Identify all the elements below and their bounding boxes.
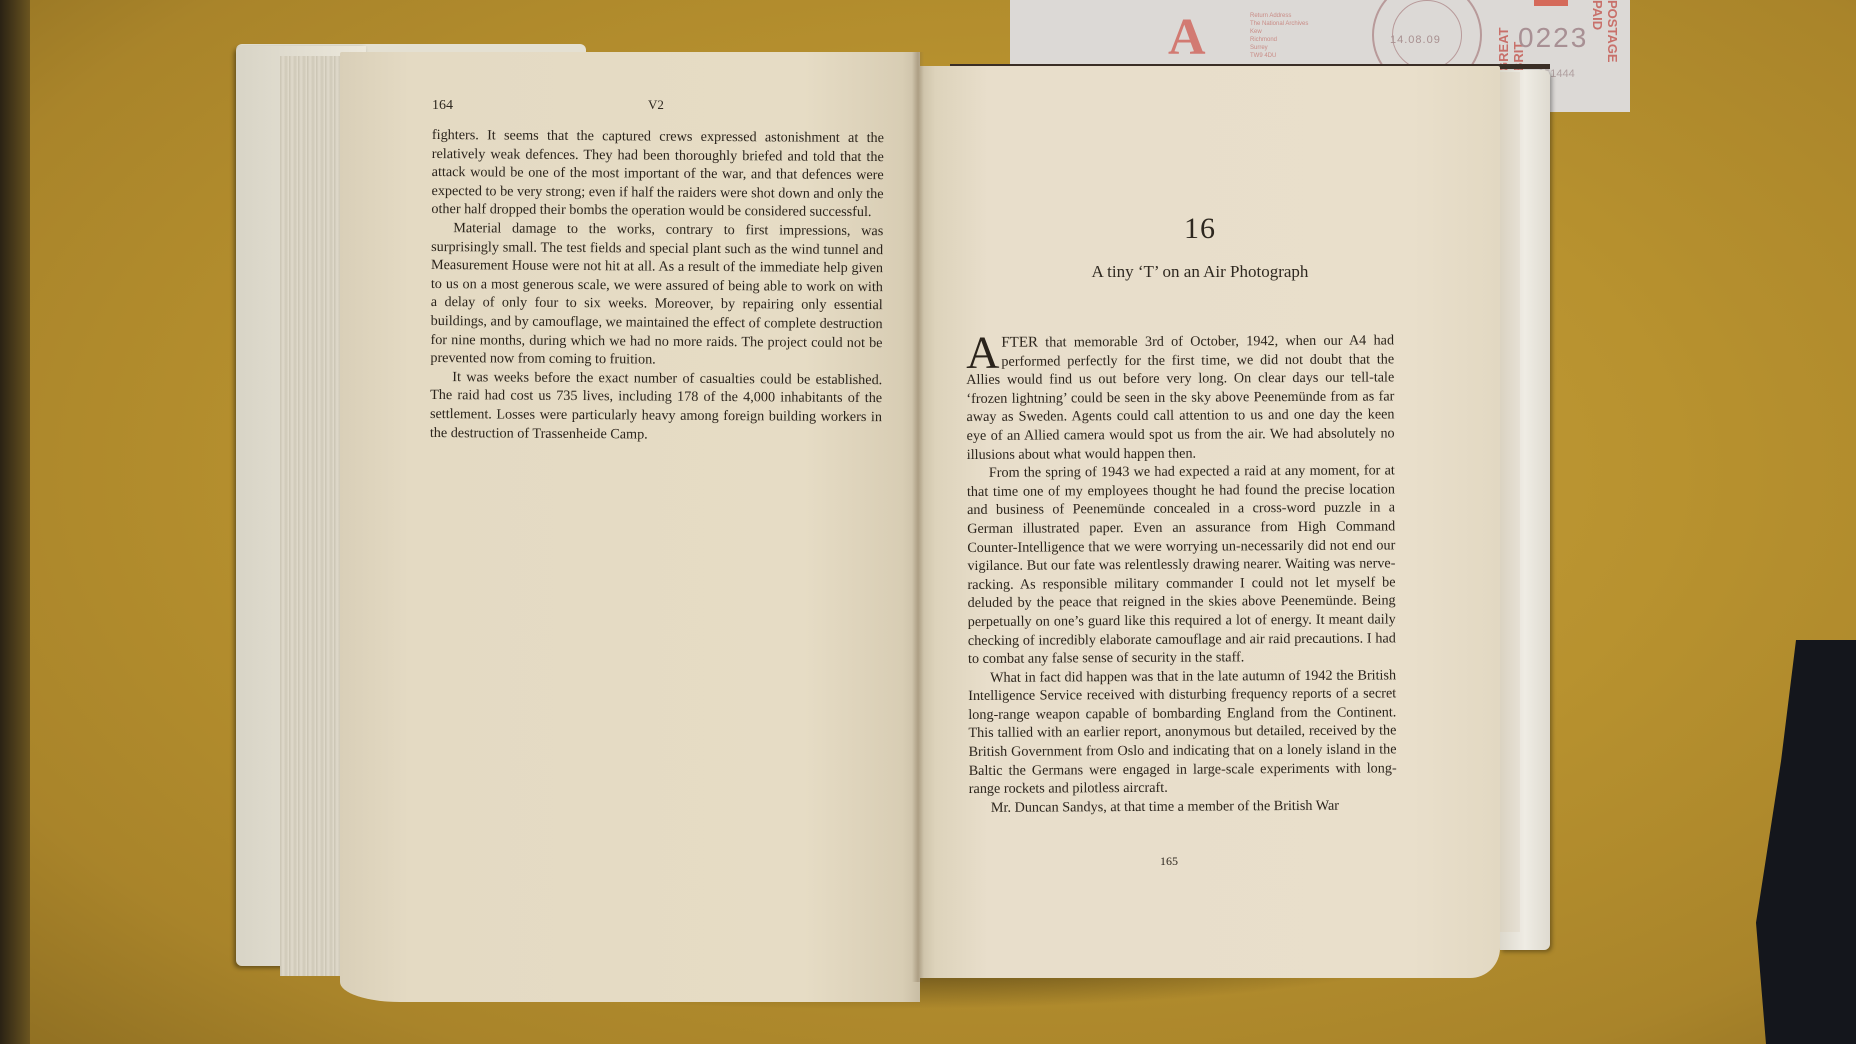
paragraph: From the spring of 1943 we had expected … (967, 462, 1396, 669)
book-gutter (912, 52, 924, 982)
opening-text: that memorable 3rd of October, 1942, whe… (966, 332, 1394, 462)
paragraph: Material damage to the works, contrary t… (430, 219, 883, 371)
address-line: Richmond (1250, 36, 1308, 44)
paragraph: What in fact did happen was that in the … (968, 666, 1397, 799)
address-line: Return Address (1250, 12, 1308, 20)
opening-smallcaps: FTER (1001, 335, 1038, 351)
opening-paragraph: AFTER that memorable 3rd of October, 194… (966, 331, 1395, 464)
address-line: Kew (1250, 28, 1308, 36)
address-line: Surrey (1250, 44, 1308, 52)
paragraph: fighters. It seems that the captured cre… (431, 126, 884, 222)
background-left-strip (0, 0, 30, 1044)
right-page-body: AFTER that memorable 3rd of October, 194… (966, 331, 1397, 817)
running-head: V2 (648, 97, 664, 113)
page-number-right: 165 (1160, 854, 1178, 869)
drop-cap: A (966, 336, 999, 370)
background-dark-fabric (1756, 640, 1856, 1044)
meter-red-mark (1534, 0, 1568, 6)
meter-value: 0223 (1518, 22, 1588, 54)
address-line: The National Archives (1250, 20, 1308, 28)
paragraph: It was weeks before the exact number of … (430, 368, 883, 446)
envelope-return-address: Return Address The National Archives Kew… (1250, 12, 1308, 60)
chapter-number: 16 (1030, 212, 1370, 246)
page-number-left: 164 (432, 98, 453, 114)
chapter-title: A tiny ‘T’ on an Air Photograph (1030, 262, 1370, 282)
postmark-date: 14.08.09 (1390, 34, 1441, 46)
envelope-logo: A (1168, 8, 1206, 67)
paragraph: Mr. Duncan Sandys, at that time a member… (969, 796, 1397, 817)
left-page-body: fighters. It seems that the captured cre… (430, 126, 884, 445)
postage-paid-text: POSTAGE PAID (1590, 0, 1620, 80)
address-line: TW9 4DU (1250, 52, 1308, 60)
